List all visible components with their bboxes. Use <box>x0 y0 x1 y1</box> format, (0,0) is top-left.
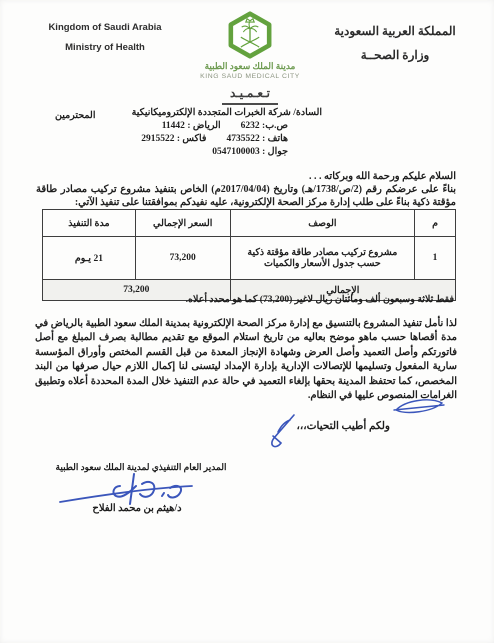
initials-ink-mark-icon <box>392 396 446 418</box>
header-english-line2: Ministry of Health <box>30 42 180 53</box>
logo-arabic-name: مدينة الملك سعود الطبية <box>190 61 310 72</box>
amount-in-words: فقط ثلاثة وسبعون ألف ومائتان ريال لاغير … <box>186 294 454 305</box>
signatory-name: د/هيثم بن محمد الفلاح <box>62 503 212 514</box>
item-duration: 21 يـوم <box>43 237 136 280</box>
table-header-row: م الوصف السعر الإجمالي مدة التنفيذ <box>43 210 456 237</box>
header-english: Kingdom of Saudi Arabia Ministry of Heal… <box>30 22 180 62</box>
items-table: م الوصف السعر الإجمالي مدة التنفيذ 1 مشر… <box>42 209 456 301</box>
item-total-price: 73,200 <box>135 237 230 280</box>
col-header-description: الوصف <box>230 210 415 237</box>
item-description-line1: مشروع تركيب مصادر طاقة مؤقتة ذكية <box>233 247 413 258</box>
ksmc-emblem-icon <box>190 11 310 59</box>
addressee-mobile: جوال : 0547100003 <box>212 146 288 159</box>
addressee-block: السادة/ شركة الخبرات المتجددة الإلكترومي… <box>82 107 322 159</box>
body-paragraph: لذا نأمل تنفيذ المشروع بالتنسيق مع إدارة… <box>35 317 457 403</box>
col-header-no: م <box>415 210 456 237</box>
item-no: 1 <box>415 237 456 280</box>
addressee-pobox: ص.ب: 6232 <box>241 120 288 133</box>
addressee-name: السادة/ شركة الخبرات المتجددة الإلكترومي… <box>82 107 322 120</box>
addressee-fax: فاكس : 2915522 <box>141 133 206 146</box>
col-header-duration: مدة التنفيذ <box>43 210 136 237</box>
doc-type-label: تـعـمـيـد <box>222 86 278 105</box>
logo-english-name: KING SAUD MEDICAL CITY <box>190 73 310 80</box>
header-english-line1: Kingdom of Saudi Arabia <box>30 22 180 33</box>
addressee-honorific: المحترمين <box>55 110 95 121</box>
salutation: السلام عليكم ورحمة الله وبركاته . . . <box>309 171 456 182</box>
closing-salutation: ولكم أطيب التحيات،،، <box>296 420 390 432</box>
checkmark-ink-icon <box>260 412 300 450</box>
header-arabic: المملكة العربية السعودية وزارة الصحــة <box>310 24 480 72</box>
header-logo-block: مدينة الملك سعود الطبية KING SAUD MEDICA… <box>190 11 310 105</box>
item-description-line2: حسب جدول الأسعار والكميات <box>233 258 413 269</box>
item-description: مشروع تركيب مصادر طاقة مؤقتة ذكية حسب جد… <box>230 237 415 280</box>
addressee-phone: هاتف : 4735522 <box>226 133 288 146</box>
intro-paragraph: بناءً على عرضكم رقم (2/ص/1738/هـ) وتاريخ… <box>36 184 456 209</box>
header-arabic-line1: المملكة العربية السعودية <box>310 24 480 39</box>
addressee-city: الرياض : 11442 <box>162 120 221 133</box>
table-row: 1 مشروع تركيب مصادر طاقة مؤقتة ذكية حسب … <box>43 237 456 280</box>
letter-page: Kingdom of Saudi Arabia Ministry of Heal… <box>0 0 494 643</box>
col-header-total-price: السعر الإجمالي <box>135 210 230 237</box>
header-arabic-line2: وزارة الصحــة <box>310 48 480 63</box>
